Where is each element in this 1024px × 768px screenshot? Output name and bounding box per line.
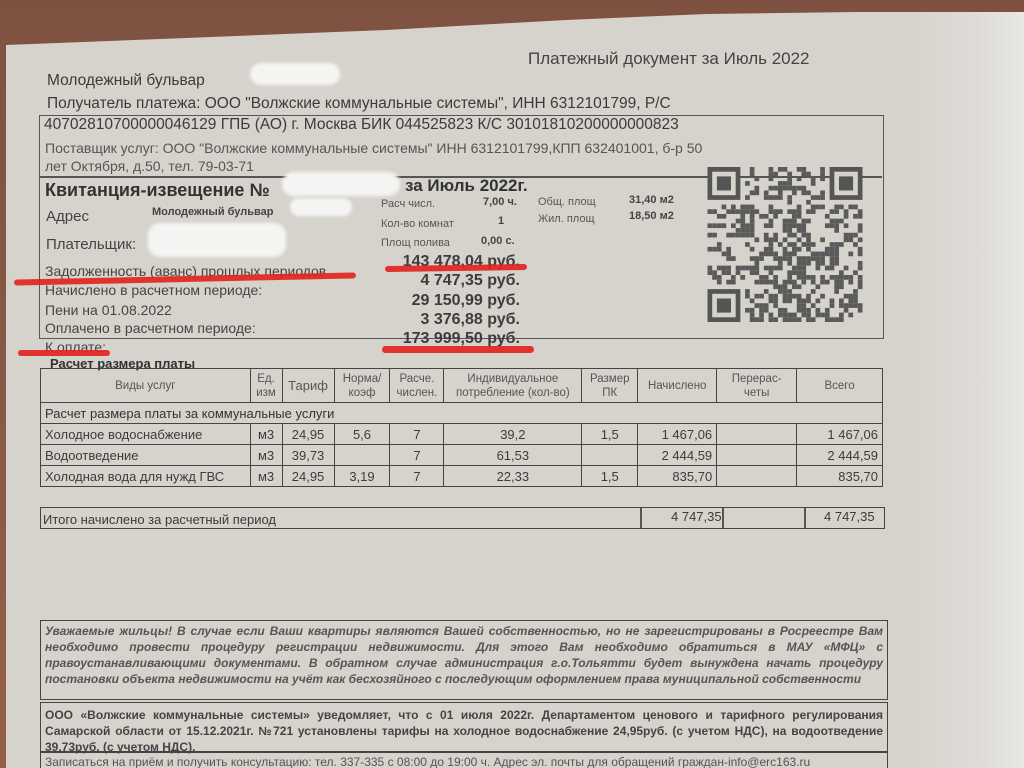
param-value-total-area: 31,40 м2 [629,194,674,206]
col-header-pk: Размер ПК [582,369,638,403]
param-label-irrigation: Площ полива [381,237,450,249]
cell-pk [582,445,638,466]
balance-label-penalty: Пени на 01.08.2022 [45,302,172,318]
col-header-service: Виды услуг [41,369,251,403]
document-title: Платежный документ за Июль 2022 [528,49,810,69]
cell-charged: 2 444,59 [638,445,717,466]
supplier-line-1: Поставщик услуг: ООО "Волжские коммуналь… [45,140,702,156]
cell-tariff: 24,95 [282,466,334,487]
charges-table: Виды услуг Ед. изм Тариф Норма/ коэф Рас… [40,368,883,487]
cell-total: 1 467,06 [797,424,883,445]
cell-service: Водоотведение [41,445,251,466]
total-row: Итого начислено за расчетный период 4 74… [40,507,885,529]
cell-norm: 3,19 [334,466,390,487]
cell-charged: 1 467,06 [638,424,717,445]
col-header-norm: Норма/ коэф [334,369,390,403]
divider [722,508,724,528]
cell-residents: 7 [390,424,444,445]
total-label: Итого начислено за расчетный период [43,512,276,527]
redacted-address [290,198,352,216]
param-label-total-area: Общ. площ [538,196,596,208]
cell-tariff: 39,73 [282,445,334,466]
cell-service: Холодное водоснабжение [41,424,251,445]
cell-unit: м3 [250,445,282,466]
col-header-consumption: Индивидуальное потребление (кол-во) [444,369,582,403]
tariff-notice: ООО «Волжские коммунальные системы» увед… [40,702,888,752]
receipt-title: Квитанция-извещение № [45,180,270,201]
redacted-receipt-number [282,172,400,196]
recipient-line-1: Получатель платежа: ООО "Волжские коммун… [47,95,671,113]
divider [804,508,806,528]
cell-consumption: 61,53 [444,445,582,466]
table-row: Водоотведение м3 39,73 7 61,53 2 444,59 … [41,445,883,466]
col-header-residents: Расче. числен. [390,369,444,403]
col-header-recalc: Перерас- четы [717,369,797,403]
address-header: Молодежный бульвар [47,72,205,90]
receipt-period: за Июль 2022г. [405,176,528,196]
col-header-charged: Начислено [638,369,717,403]
total-charged: 4 747,35 [671,509,722,524]
table-row: Холодная вода для нужд ГВС м3 24,95 3,19… [41,466,883,487]
contact-info: Записаться на приём и получить консульта… [40,752,888,768]
cell-residents: 7 [390,466,444,487]
cell-recalc [717,445,797,466]
col-header-tariff: Тариф [282,369,334,403]
cell-recalc [717,466,797,487]
param-label-residents: Расч числ. [381,198,435,210]
param-value-irrigation: 0,00 с. [481,235,515,247]
redacted-house-number [250,63,340,85]
registration-notice: Уважаемые жильцы! В случае если Ваши ква… [40,620,888,700]
address-value: Молодежный бульвар [152,206,273,218]
param-label-rooms: Кол-во комнат [381,218,454,230]
cell-unit: м3 [250,424,282,445]
param-value-living-area: 18,50 м2 [629,210,674,222]
balance-amount-penalty: 29 150,99 руб. [370,292,520,310]
cell-pk: 1,5 [582,424,638,445]
qr-code-icon [705,167,865,322]
cell-tariff: 24,95 [282,424,334,445]
param-value-rooms: 1 [498,215,504,227]
divider [640,508,642,528]
param-value-residents: 7,00 ч. [483,196,517,208]
cell-unit: м3 [250,466,282,487]
cell-consumption: 39,2 [444,424,582,445]
cell-consumption: 22,33 [444,466,582,487]
cell-norm [334,445,390,466]
cell-recalc [717,424,797,445]
supplier-line-2: лет Октября, д.50, тел. 79-03-71 [45,158,254,174]
cell-total: 2 444,59 [797,445,883,466]
col-header-total: Всего [797,369,883,403]
balance-amount-charged: 4 747,35 руб. [370,272,520,290]
address-label: Адрес [46,208,89,225]
cell-total: 835,70 [797,466,883,487]
red-marker-underline [382,346,534,353]
total-all: 4 747,35 [824,509,875,524]
cell-residents: 7 [390,445,444,466]
col-header-unit: Ед. изм [250,369,282,403]
paper-glare [909,0,1024,768]
table-row: Холодное водоснабжение м3 24,95 5,6 7 39… [41,424,883,445]
cell-norm: 5,6 [334,424,390,445]
balance-label-charged: Начислено в расчетном периоде: [45,282,262,298]
cell-charged: 835,70 [638,466,717,487]
subsection-title: Расчет размера платы за коммунальные усл… [41,403,883,424]
cell-pk: 1,5 [582,466,638,487]
param-label-living-area: Жил. площ [538,213,595,225]
redacted-payer-name [148,223,286,257]
cell-service: Холодная вода для нужд ГВС [41,466,251,487]
balance-amount-paid: 3 376,88 руб. [370,311,520,329]
payer-label: Плательщик: [46,236,136,253]
balance-label-paid: Оплачено в расчетном периоде: [45,320,256,336]
